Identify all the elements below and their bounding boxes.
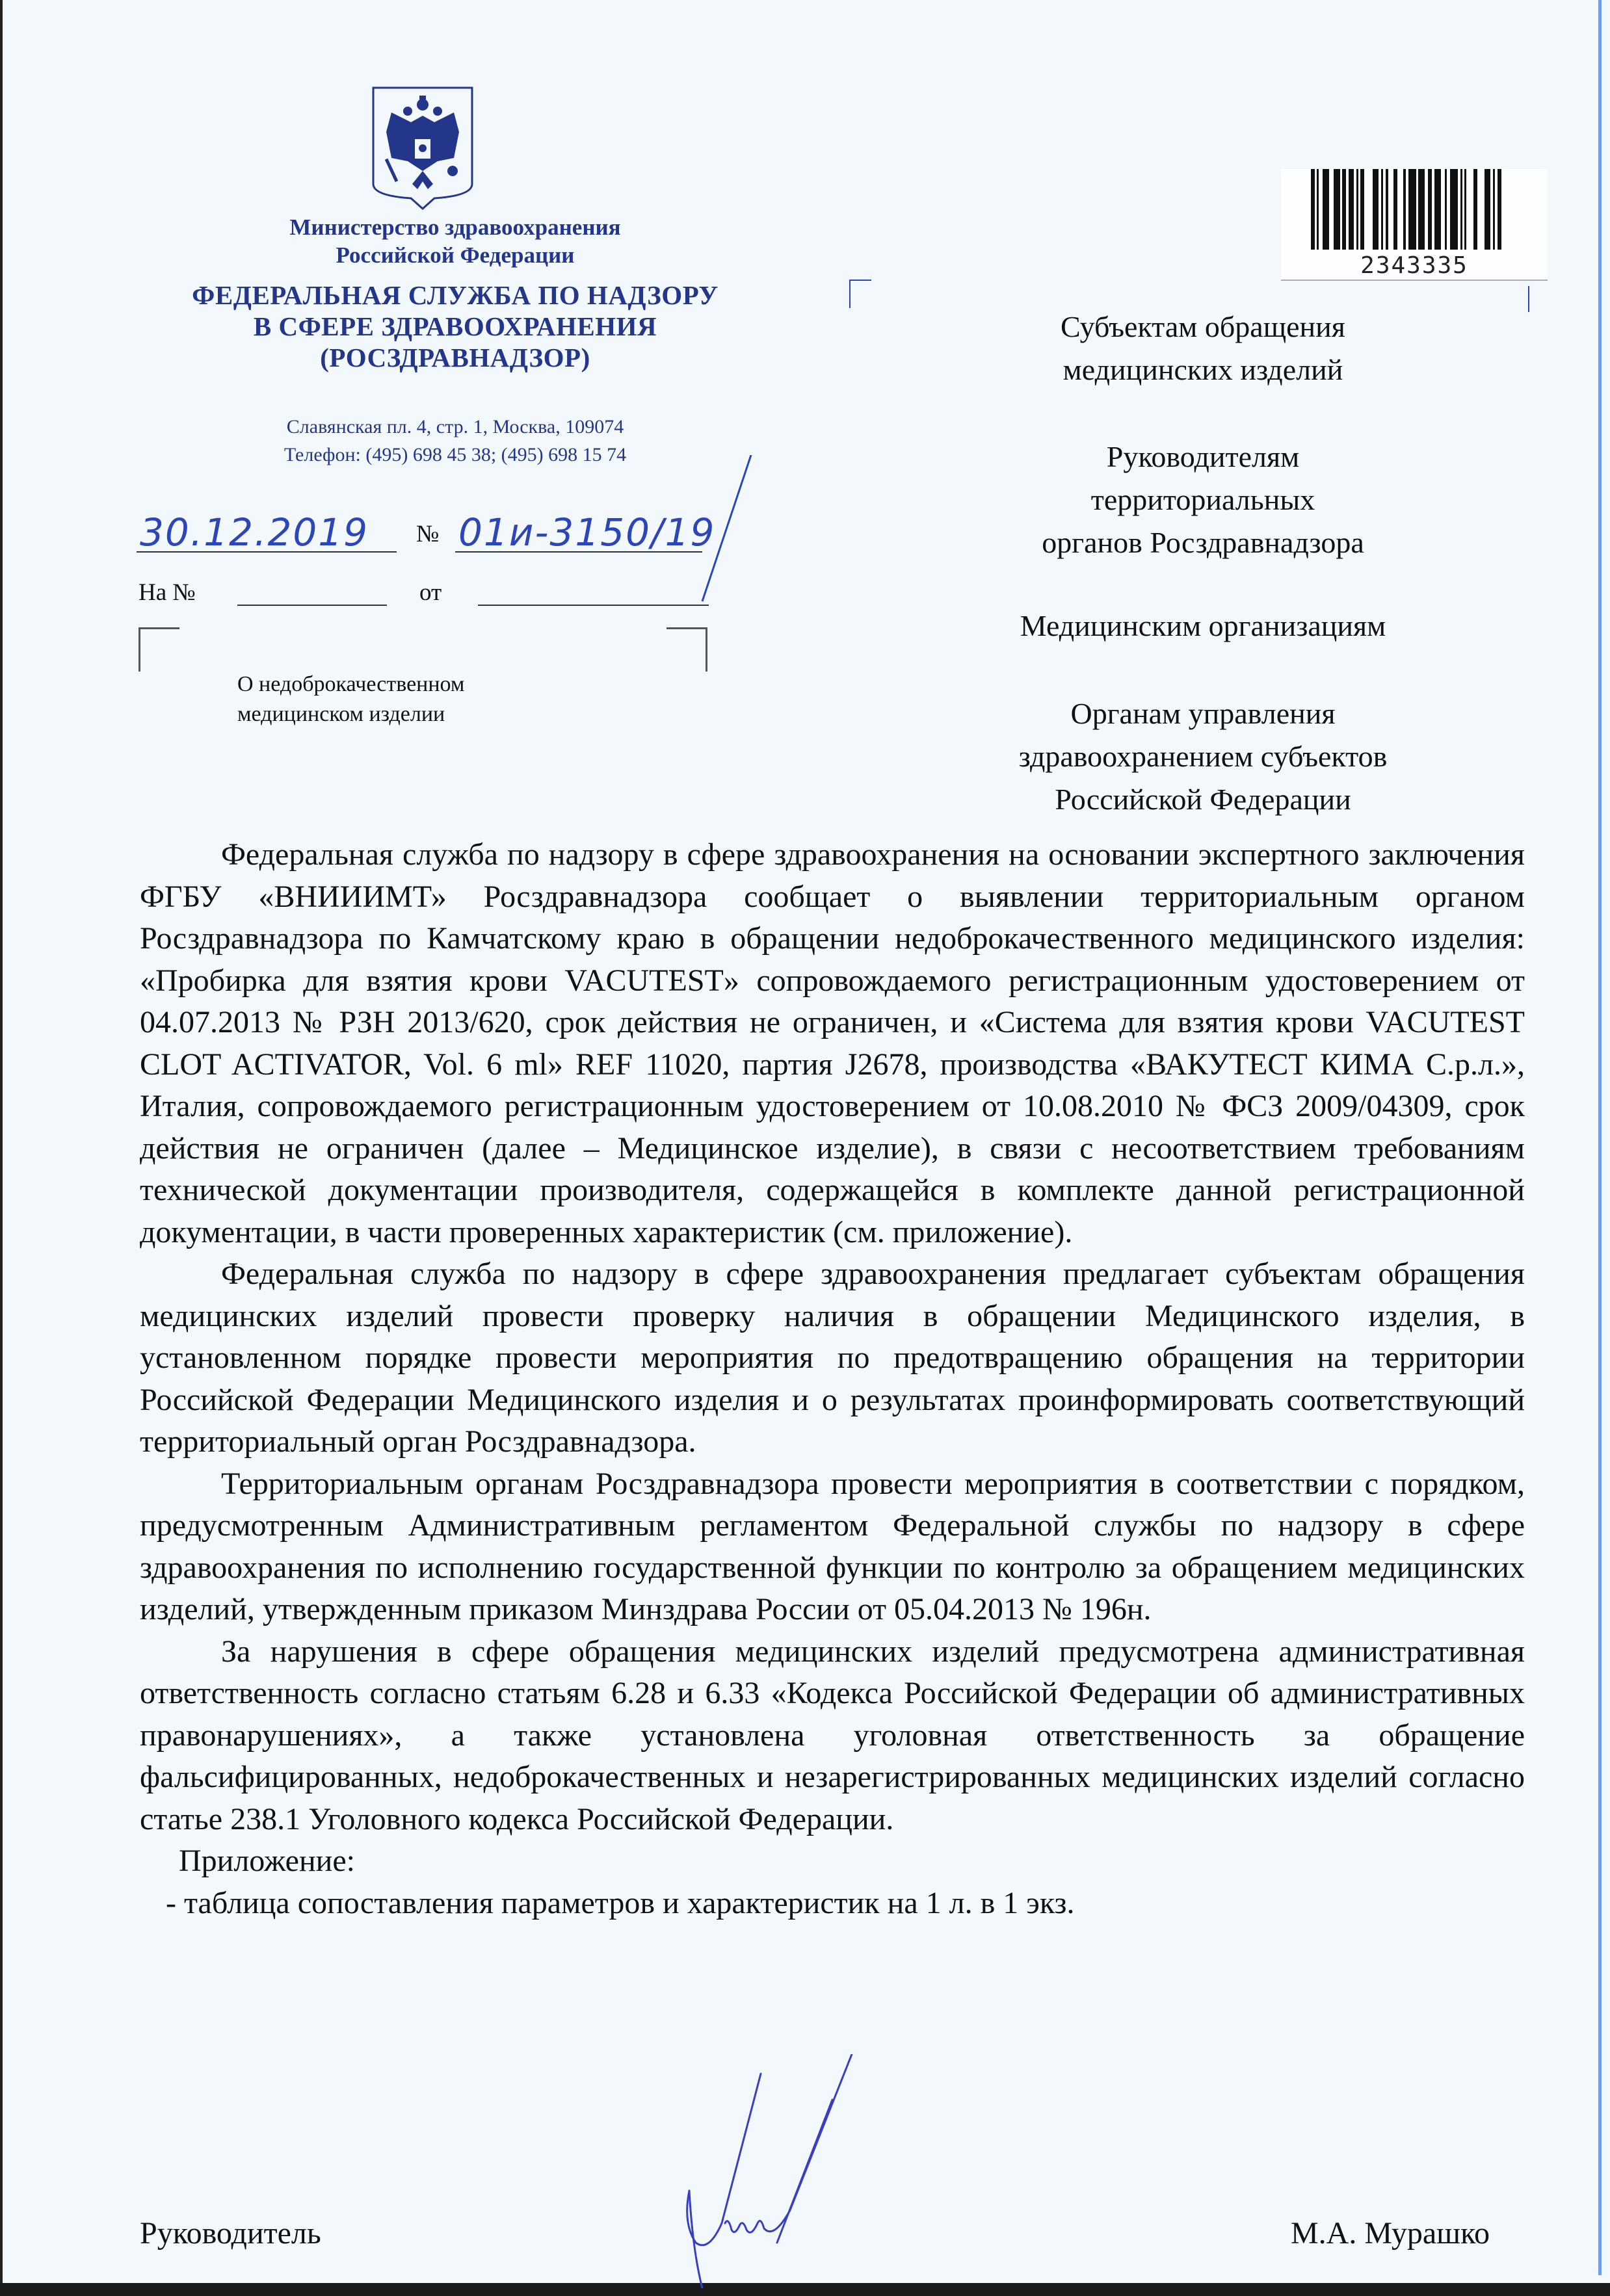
handwritten-signature-icon	[663, 2054, 884, 2288]
service-name-line1: ФЕДЕРАЛЬНАЯ СЛУЖБА ПО НАДЗОРУ	[130, 280, 780, 311]
service-name-line3: (РОСЗДРАВНАДЗОР)	[130, 342, 780, 373]
barcode-icon	[1311, 169, 1506, 252]
subject-line1: О недоброкачественном	[237, 670, 464, 699]
reply-from-label: от	[419, 579, 442, 607]
addressee-group-2: Руководителям территориальных органов Ро…	[936, 436, 1470, 564]
addressee-group-4: Органам управления здравоохранением субъ…	[936, 692, 1470, 821]
barcode-number: 2343335	[1281, 252, 1548, 279]
date-underline	[137, 551, 397, 553]
scan-edge-right	[1598, 0, 1602, 2275]
russian-coat-of-arms-icon	[372, 86, 473, 210]
signatory-name: М.А. Мурашко	[1291, 2215, 1490, 2251]
body-paragraph-2: Федеральная служба по надзору в сфере зд…	[140, 1253, 1525, 1463]
reply-number-line	[237, 605, 387, 606]
service-name-line2: В СФЕРЕ ЗДРАВООХРАНЕНИЯ	[130, 311, 780, 342]
attachment-label: Приложение:	[140, 1840, 1525, 1883]
number-slash-stroke	[696, 455, 754, 605]
subject-bracket-left	[139, 627, 179, 672]
addressee-line: здравоохранением субъектов	[936, 735, 1470, 778]
addressee-line: Органам управления	[936, 692, 1470, 735]
reply-to-label: На №	[139, 579, 196, 607]
addressee-line: Руководителям	[936, 436, 1470, 478]
ministry-name-line2: Российской Федерации	[163, 242, 748, 268]
subject-line2: медицинском изделии	[237, 699, 445, 729]
addressee-line: территориальных	[936, 478, 1470, 521]
org-address: Славянская пл. 4, стр. 1, Москва, 109074	[163, 416, 748, 438]
number-underline	[455, 551, 702, 553]
signatory-title: Руководитель	[140, 2215, 321, 2251]
addressee-group-1: Субъектам обращения медицинских изделий	[936, 306, 1470, 391]
scan-edge-left	[0, 0, 3, 2296]
number-label: №	[416, 520, 439, 548]
addressee-line: Субъектам обращения	[936, 306, 1470, 348]
addressee-bracket-left	[849, 280, 871, 308]
subject-bracket-right	[666, 627, 707, 672]
ministry-name: Министерство здравоохранения	[163, 215, 748, 241]
letter-body: Федеральная служба по надзору в сфере зд…	[140, 834, 1525, 1924]
body-paragraph-3: Территориальным органам Росздравнадзора …	[140, 1463, 1525, 1631]
reply-date-line	[478, 605, 709, 606]
addressee-line: Медицинским организациям	[936, 605, 1470, 647]
body-paragraph-4: За нарушения в сфере обращения медицинск…	[140, 1631, 1525, 1841]
addressee-line: Российской Федерации	[936, 778, 1470, 821]
org-phone: Телефон: (495) 698 45 38; (495) 698 15 7…	[163, 444, 748, 466]
addressee-line: медицинских изделий	[936, 348, 1470, 391]
registration-date: 30.12.2019	[140, 510, 369, 554]
attachment-item: - таблица сопоставления параметров и хар…	[140, 1883, 1525, 1925]
barcode-label: 2343335	[1281, 169, 1548, 281]
addressee-bracket-right	[1528, 286, 1529, 312]
body-paragraph-1: Федеральная служба по надзору в сфере зд…	[140, 834, 1525, 1253]
registration-number: 01и-3150/19	[458, 510, 715, 554]
addressee-line: органов Росздравнадзора	[936, 521, 1470, 564]
addressee-group-3: Медицинским организациям	[936, 605, 1470, 647]
